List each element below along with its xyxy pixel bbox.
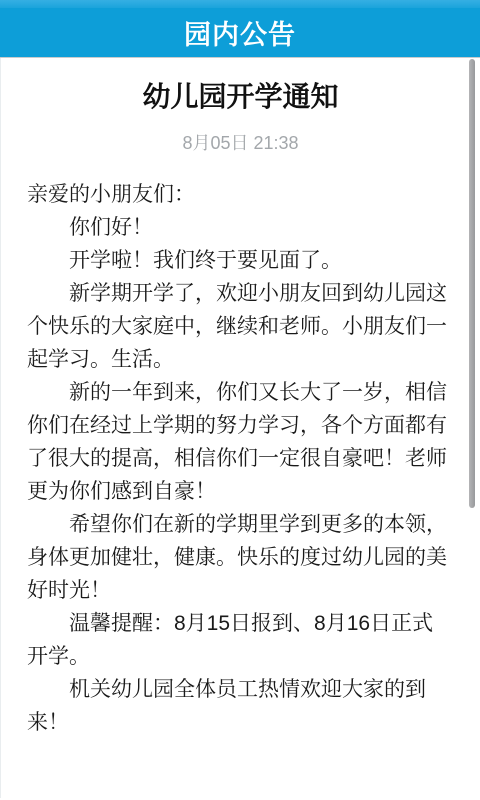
status-bar bbox=[0, 0, 480, 8]
notice-salutation: 亲爱的小朋友们： bbox=[27, 178, 454, 211]
notice-paragraph-6: 温馨提醒：8月15日报到、8月16日正式开学。 bbox=[27, 607, 454, 673]
page-title: 园内公告 bbox=[184, 13, 296, 52]
notice-paragraph-1: 你们好！ bbox=[27, 211, 454, 244]
notice-paragraph-7: 机关幼儿园全体员工热情欢迎大家的到来！ bbox=[27, 673, 454, 739]
scrollbar-thumb[interactable] bbox=[469, 59, 475, 508]
notice-paragraph-3: 新学期开学了，欢迎小朋友回到幼儿园这个快乐的大家庭中，继续和老师。小朋友们一起学… bbox=[27, 277, 454, 376]
notice-paragraph-5: 希望你们在新的学期里学到更多的本领，身体更加健壮，健康。快乐的度过幼儿园的美好时… bbox=[27, 508, 454, 607]
app-screen: 园内公告 幼儿园开学通知 8月05日 21:38 亲爱的小朋友们： 你们好！ 开… bbox=[0, 0, 480, 800]
notice-paragraph-4: 新的一年到来，你们又长大了一岁，相信你们在经过上学期的努力学习，各个方面都有了很… bbox=[27, 376, 454, 508]
notice-content: 幼儿园开学通知 8月05日 21:38 亲爱的小朋友们： 你们好！ 开学啦！我们… bbox=[0, 58, 480, 798]
notice-paragraph-2: 开学啦！我们终于要见面了。 bbox=[27, 244, 454, 277]
notice-body: 亲爱的小朋友们： 你们好！ 开学啦！我们终于要见面了。 新学期开学了，欢迎小朋友… bbox=[1, 178, 480, 739]
notice-title: 幼儿园开学通知 bbox=[1, 58, 480, 115]
notice-datetime: 8月05日 21:38 bbox=[1, 129, 480, 155]
app-header: 园内公告 bbox=[0, 8, 480, 58]
